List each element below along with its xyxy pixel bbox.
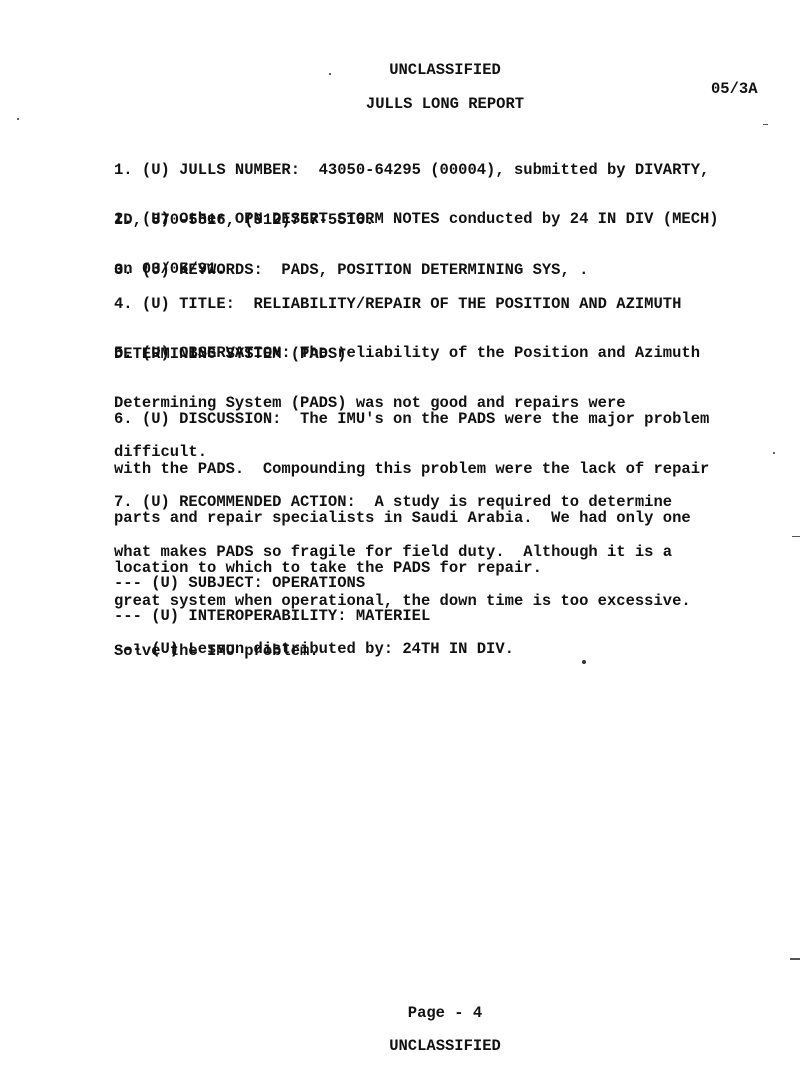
subject-line: --- (U) SUBJECT: OPERATIONS [114, 574, 365, 592]
text-line: what makes PADS so fragile for field dut… [114, 544, 691, 561]
scan-speck [329, 73, 331, 75]
page-number: Page - 4 [0, 1004, 800, 1022]
scan-speck [773, 452, 775, 454]
scan-speck [17, 118, 19, 120]
text-line: 1. (U) JULLS NUMBER: 43050-64295 (00004)… [114, 162, 709, 179]
text-line: 4. (U) TITLE: RELIABILITY/REPAIR OF THE … [114, 296, 681, 313]
scan-mark [763, 124, 768, 125]
classification-footer: UNCLASSIFIED [0, 1037, 800, 1055]
report-title: JULLS LONG REPORT [0, 95, 800, 113]
text-line: 6. (U) DISCUSSION: The IMU's on the PADS… [114, 411, 709, 428]
scan-mark [792, 536, 800, 537]
scan-speck [582, 660, 586, 664]
distribution-line: --- (U) Lesson distributed by: 24TH IN D… [114, 640, 514, 658]
interoperability-line: --- (U) INTEROPERABILITY: MATERIEL [114, 607, 430, 625]
text-line: 7. (U) RECOMMENDED ACTION: A study is re… [114, 494, 691, 511]
scan-mark [790, 958, 800, 960]
text-line: 2. (U) Other OPN DESERT STORM NOTES cond… [114, 211, 719, 228]
text-line: 5. (U) OBSERVATION: The reliability of t… [114, 345, 700, 362]
classification-header: UNCLASSIFIED [0, 61, 800, 79]
